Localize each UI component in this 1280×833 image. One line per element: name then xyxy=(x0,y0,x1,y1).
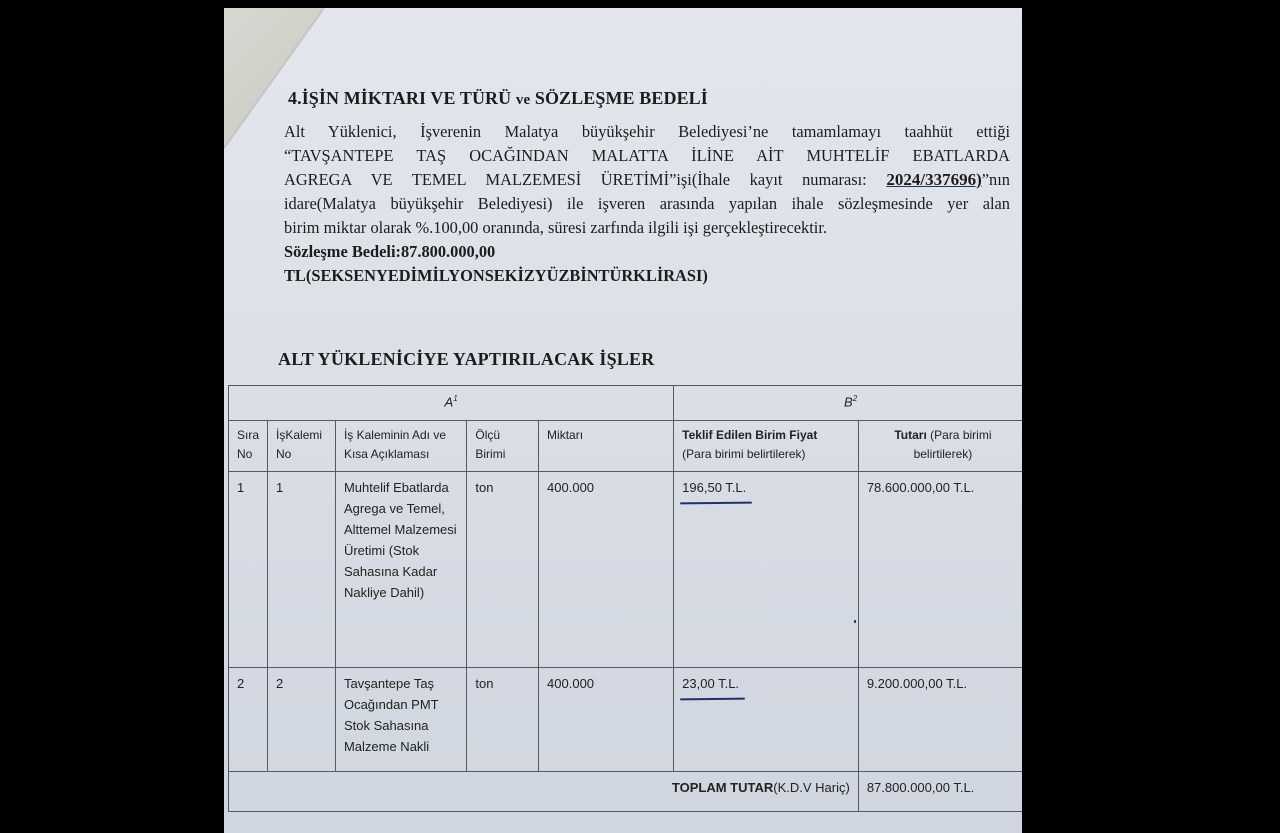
paragraph-text: ”nın xyxy=(982,170,1010,189)
cell-tutar: 78.600.000,00 T.L. xyxy=(858,472,1022,668)
paragraph-line: Alt Yüklenici, İşverenin Malatya büyükşe… xyxy=(284,120,1010,144)
unit-price-underlined: 23,00 T.L. xyxy=(682,673,739,694)
cell-fiyat: 196,50 T.L. xyxy=(674,472,859,668)
work-items-table: A1 B2 Sıra No İşKalemi No İş Kaleminin A… xyxy=(228,385,1022,812)
cell-miktar: 400.000 xyxy=(539,668,674,772)
unit-price-underlined: 196,50 T.L. xyxy=(682,477,746,498)
col-header-miktar: Miktarı xyxy=(539,421,674,472)
cell-sira: 1 xyxy=(229,472,268,668)
cell-olcu: ton xyxy=(467,472,539,668)
tender-registration-number: 2024/337696) xyxy=(886,170,981,189)
table-row: 1 1 Muhtelif Ebatlarda Agrega ve Temel, … xyxy=(229,472,1023,668)
paragraph-line: birim miktar olarak %.100,00 oranında, s… xyxy=(284,216,1010,240)
cell-fiyat: 23,00 T.L. xyxy=(674,668,859,772)
paragraph-line: idare(Malatya büyükşehir Belediyesi) ile… xyxy=(284,192,1010,216)
cell-olcu: ton xyxy=(467,668,539,772)
document-page: 4.İŞİN MİKTARI VE TÜRÜ ve SÖZLEŞME BEDEL… xyxy=(224,8,1022,833)
cell-tutar: 9.200.000,00 T.L. xyxy=(858,668,1022,772)
col-header-iskalemi: İşKalemi No xyxy=(268,421,336,472)
paragraph-line: “TAVŞANTEPE TAŞ OCAĞINDAN MALATTA İLİNE … xyxy=(284,144,1010,168)
table-heading: ALT YÜKLENİCİYE YAPTIRILACAK İŞLER xyxy=(278,349,654,370)
pen-mark xyxy=(854,620,856,623)
paragraph-text: AGREGA VE TEMEL MALZEMESİ ÜRETİMİ”işi(İh… xyxy=(284,170,867,189)
section-title-part2: SÖZLEŞME BEDELİ xyxy=(535,88,708,108)
section-title-part1: İŞİN MİKTARI VE TÜRÜ xyxy=(302,88,512,108)
total-row: TOPLAM TUTAR(K.D.V Hariç) 87.800.000,00 … xyxy=(229,772,1023,812)
column-header-row: Sıra No İşKalemi No İş Kaleminin Adı ve … xyxy=(229,421,1023,472)
group-a-header: A1 xyxy=(229,386,674,421)
cell-sira: 2 xyxy=(229,668,268,772)
cell-adi: Muhtelif Ebatlarda Agrega ve Temel, Altt… xyxy=(335,472,466,668)
col-header-fiyat: Teklif Edilen Birim Fiyat(Para birimi be… xyxy=(674,421,859,472)
table-row: 2 2 Tavşantepe Taş Ocağından PMT Stok Sa… xyxy=(229,668,1023,772)
cell-iskalemi: 2 xyxy=(268,668,336,772)
cell-adi: Tavşantepe Taş Ocağından PMT Stok Sahası… xyxy=(335,668,466,772)
group-header-row: A1 B2 xyxy=(229,386,1023,421)
col-header-sira: Sıra No xyxy=(229,421,268,472)
cell-iskalemi: 1 xyxy=(268,472,336,668)
contract-paragraph: Alt Yüklenici, İşverenin Malatya büyükşe… xyxy=(284,120,1010,240)
total-label: TOPLAM TUTAR(K.D.V Hariç) xyxy=(229,772,859,812)
paragraph-line: AGREGA VE TEMEL MALZEMESİ ÜRETİMİ”işi(İh… xyxy=(284,168,1010,192)
group-b-header: B2 xyxy=(674,386,1022,421)
contract-value: Sözleşme Bedeli:87.800.000,00 TL(SEKSENY… xyxy=(284,240,708,288)
section-title-ve: ve xyxy=(516,92,530,108)
cell-miktar: 400.000 xyxy=(539,472,674,668)
col-header-tutar: Tutarı (Para birimi belirtilerek) xyxy=(858,421,1022,472)
contract-value-amount: Sözleşme Bedeli:87.800.000,00 xyxy=(284,240,708,264)
contract-value-words: TL(SEKSENYEDİMİLYONSEKİZYÜZBİNTÜRKLİRASI… xyxy=(284,264,708,288)
total-value: 87.800.000,00 T.L. xyxy=(858,772,1022,812)
section-heading: 4.İŞİN MİKTARI VE TÜRÜ ve SÖZLEŞME BEDEL… xyxy=(288,88,708,109)
col-header-olcu: Ölçü Birimi xyxy=(467,421,539,472)
section-number: 4. xyxy=(288,88,302,108)
col-header-adi: İş Kaleminin Adı ve Kısa Açıklaması xyxy=(335,421,466,472)
